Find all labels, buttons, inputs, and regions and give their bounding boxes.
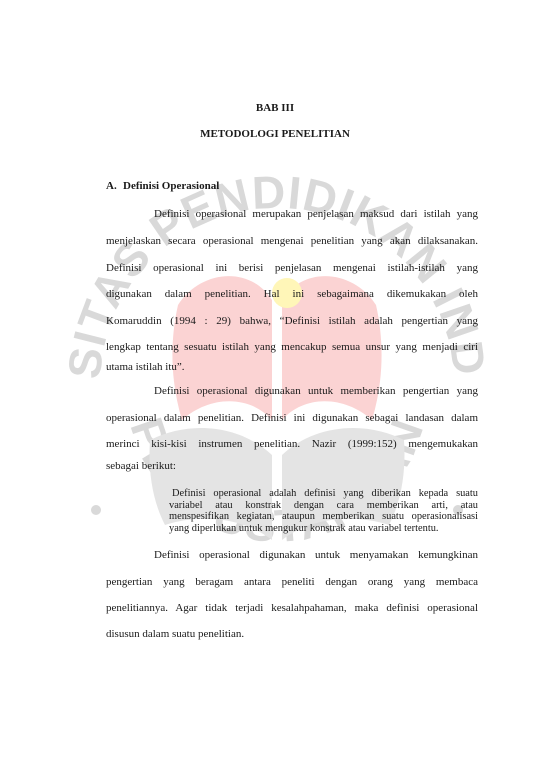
- section-number: A.: [106, 180, 123, 192]
- paragraph-2-line: operasional dalam penelitian. Definisi i…: [106, 412, 478, 425]
- section-heading: A.Definisi Operasional: [106, 180, 219, 192]
- paragraph-3-line: penelitiannya. Agar tidak terjadi kesala…: [106, 602, 478, 615]
- paragraph-2-line: Definisi operasional digunakan untuk mem…: [154, 385, 478, 398]
- paragraph-1-line: menjelaskan secara operasional mengenai …: [106, 235, 478, 248]
- document-page: BAB III METODOLOGI PENELITIAN A.Definisi…: [0, 0, 550, 777]
- blockquote: Definisi operasional adalah definisi yan…: [169, 488, 478, 534]
- blockquote-line: Definisi operasional adalah definisi yan…: [169, 488, 478, 500]
- paragraph-1-line: Komaruddin (1994 : 29) bahwa, “Definisi …: [106, 315, 478, 328]
- blockquote-line: variabel atau konstrak dengan cara membe…: [169, 500, 478, 512]
- chapter-title: METODOLOGI PENELITIAN: [0, 128, 550, 140]
- paragraph-3-line: Definisi operasional digunakan untuk men…: [154, 549, 478, 562]
- paragraph-1-line: digunakan dalam penelitian. Hal ini seba…: [106, 288, 478, 301]
- blockquote-line: menspesifikan kegiatan, ataupun memberik…: [169, 511, 478, 523]
- paragraph-2-line: sebagai berikut:: [106, 460, 478, 473]
- paragraph-1-line: Definisi operasional ini berisi penjelas…: [106, 262, 478, 275]
- paragraph-3-line: disusun dalam suatu penelitian.: [106, 628, 478, 641]
- blockquote-line: yang diperlukan untuk mengukur konstrak …: [169, 523, 478, 535]
- chapter-label: BAB III: [0, 102, 550, 114]
- paragraph-3-line: pengertian yang beragam antara peneliti …: [106, 576, 478, 589]
- paragraph-2-line: merinci kisi-kisi instrumen penelitian. …: [106, 438, 478, 451]
- paragraph-1-line: utama istilah itu”.: [106, 361, 478, 374]
- section-title: Definisi Operasional: [123, 180, 219, 192]
- paragraph-1-line: lengkap tentang sesuatu istilah yang men…: [106, 341, 478, 354]
- paragraph-1-line: Definisi operasional merupakan penjelasa…: [154, 208, 478, 221]
